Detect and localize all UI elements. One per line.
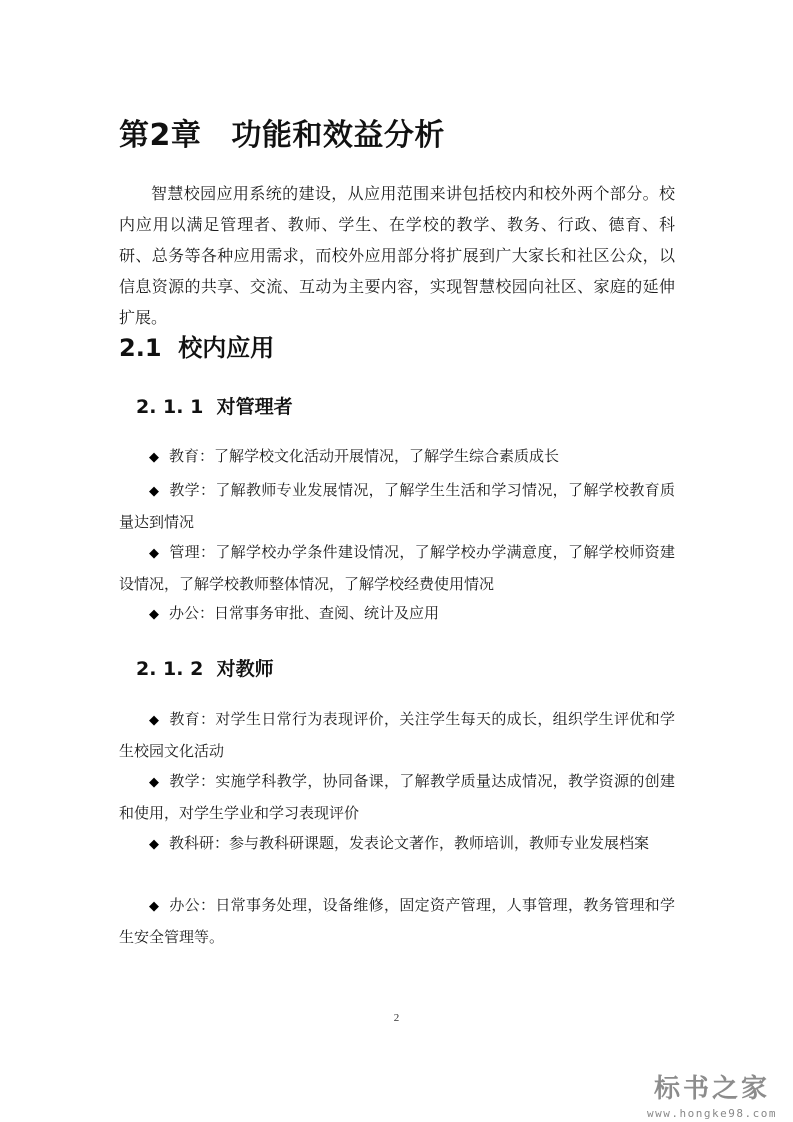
subsection-heading: 2. 1. 2 对教师 xyxy=(136,654,274,681)
list-item: ◆办公：日常事务处理，设备维修，固定资产管理，人事管理，教务管理和学生安全管理等… xyxy=(119,890,675,953)
diamond-bullet-icon: ◆ xyxy=(149,899,159,914)
list-item: ◆教育：对学生日常行为表现评价，关注学生每天的成长，组织学生评优和学生校园文化活… xyxy=(119,704,675,767)
list-item: ◆教学：了解教师专业发展情况，了解学生生活和学习情况，了解学校教育质量达到情况 xyxy=(119,475,675,538)
watermark-url: www.hongke98.com xyxy=(647,1107,777,1120)
list-item: ◆管理：了解学校办学条件建设情况，了解学校办学满意度，了解学校师资建设情况，了解… xyxy=(119,537,675,600)
diamond-bullet-icon: ◆ xyxy=(149,607,159,622)
chapter-number: 第2章 xyxy=(119,118,201,153)
diamond-bullet-icon: ◆ xyxy=(149,546,159,561)
intro-paragraph: 智慧校园应用系统的建设，从应用范围来讲包括校内和校外两个部分。校内应用以满足管理… xyxy=(119,178,675,333)
list-item: ◆教育：了解学校文化活动开展情况，了解学生综合素质成长 xyxy=(119,441,675,473)
diamond-bullet-icon: ◆ xyxy=(149,837,159,852)
subsection-number: 2. 1. 1 xyxy=(136,396,203,418)
watermark: 标书之家 www.hongke98.com xyxy=(647,1068,777,1120)
list-item: ◆办公：日常事务审批、查阅、统计及应用 xyxy=(119,598,675,630)
list-item: ◆教科研：参与教科研课题，发表论文著作，教师培训，教师专业发展档案 xyxy=(119,828,675,860)
subsection-title: 对管理者 xyxy=(217,396,293,418)
subsection-heading: 2. 1. 1 对管理者 xyxy=(136,392,293,419)
subsection-title: 对教师 xyxy=(217,658,274,680)
section-title: 校内应用 xyxy=(178,334,274,362)
chapter-heading: 第2章功能和效益分析 xyxy=(119,110,445,154)
diamond-bullet-icon: ◆ xyxy=(149,775,159,790)
diamond-bullet-icon: ◆ xyxy=(149,450,159,465)
diamond-bullet-icon: ◆ xyxy=(149,484,159,499)
diamond-bullet-icon: ◆ xyxy=(149,713,159,728)
subsection-number: 2. 1. 2 xyxy=(136,658,203,680)
chapter-title: 功能和效益分析 xyxy=(231,118,445,153)
section-heading: 2.1 校内应用 xyxy=(119,328,274,363)
page-number: 2 xyxy=(0,1012,793,1024)
section-number: 2.1 xyxy=(119,334,162,362)
list-item: ◆教学：实施学科教学，协同备课，了解教学质量达成情况，教学资源的创建和使用，对学… xyxy=(119,766,675,829)
watermark-title: 标书之家 xyxy=(647,1068,777,1105)
